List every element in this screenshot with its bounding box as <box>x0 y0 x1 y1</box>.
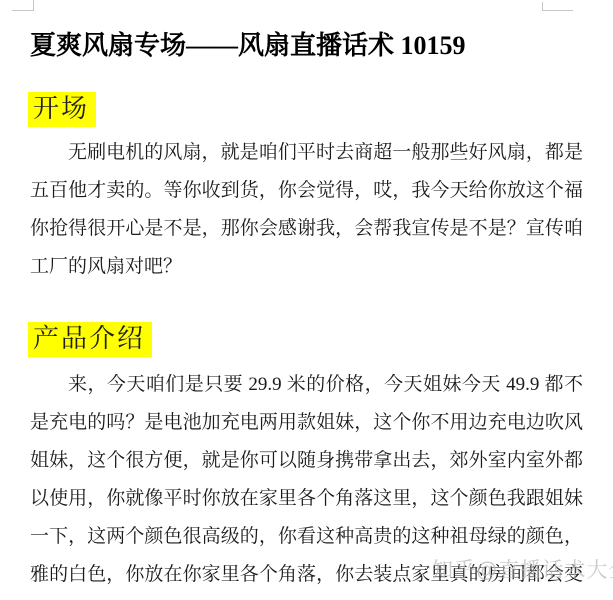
section-heading-opening: 开场 <box>28 92 96 127</box>
section-heading-product-intro: 产品介绍 <box>28 322 152 357</box>
paragraph-product-intro: 来，今天咱们是只要 29.9 米的价格，今天姐妹今天 49.9 都不要，是充电的… <box>30 366 583 594</box>
document-page: 夏爽风扇专场——风扇直播话术 10159 开场 无刷电机的风扇，就是咱们平时去商… <box>0 0 613 600</box>
text-line: 五百他才卖的。等你收到货，你会觉得，哎，我今天给你放这个福利， <box>30 172 583 210</box>
text-line: 一下，这两个颜色很高级的，你看这种高贵的这种祖母绿的颜色，优 <box>30 518 583 556</box>
text-line: 工厂的风扇对吧？ <box>30 248 583 286</box>
document-title: 夏爽风扇专场——风扇直播话术 10159 <box>30 30 590 62</box>
crop-mark-top-left-icon <box>12 0 34 11</box>
text-line: 雅的白色，你放在你家里各个角落，你去装点家里真的房间都会变得 <box>30 556 583 594</box>
text-line: 来，今天咱们是只要 29.9 米的价格，今天姐妹今天 49.9 都不要， <box>30 366 583 404</box>
text-line: 以使用，你就像平时你放在家里各个角落这里，这个颜色我跟姐妹讲 <box>30 480 583 518</box>
crop-mark-top-right-icon <box>542 2 573 11</box>
text-line: 无刷电机的风扇，就是咱们平时去商超一般那些好风扇，都是四 <box>30 134 583 172</box>
text-line: 是充电的吗？是电池加充电两用款姐妹，这个你不用边充电边吹风的 <box>30 404 583 442</box>
text-line: 姐妹，这个很方便，就是你可以随身携带拿出去，郊外室内室外都可 <box>30 442 583 480</box>
text-line: 你抢得很开心是不是，那你会感谢我，会帮我宣传是不是？宣传咱们 <box>30 210 583 248</box>
paragraph-opening: 无刷电机的风扇，就是咱们平时去商超一般那些好风扇，都是四五百他才卖的。等你收到货… <box>30 134 583 286</box>
